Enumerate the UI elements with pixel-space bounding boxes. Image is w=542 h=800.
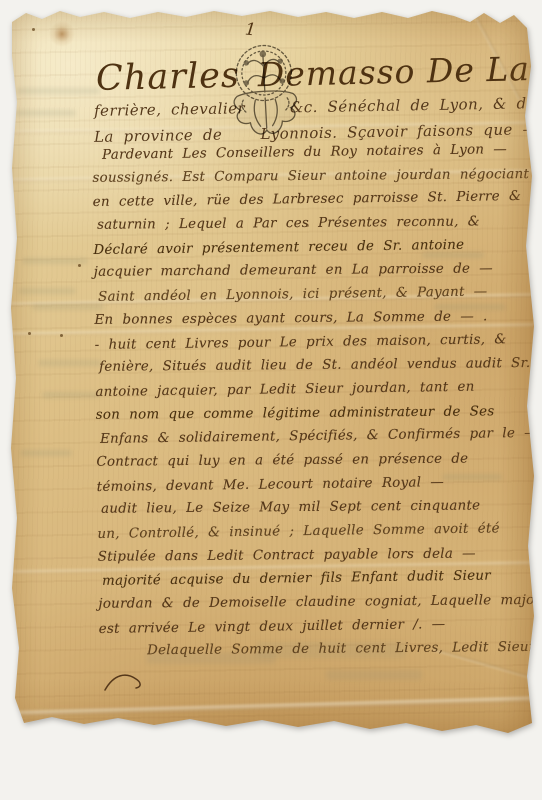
ink-showthrough-mark [32,304,104,310]
scanned-document-photo: 1 Charles Demasso De La ferrière, cheval… [0,0,542,800]
paper-shadow-wrap: 1 Charles Demasso De La ferrière, cheval… [0,0,542,800]
manuscript-line: son nom que comme légitime administrateu… [96,403,540,431]
manuscript-line: Delaquelle Somme de huit cent Livres, Le… [147,640,542,667]
official-ink-stamp-icon [209,39,320,150]
paper-speck [60,334,63,337]
ink-showthrough-mark [14,110,76,116]
ink-showthrough-mark [20,450,72,456]
paper-speck [78,264,81,267]
manuscript-line: fenière, Situés audit lieu de St. andéol… [99,356,539,384]
paper-fold [6,697,536,718]
manuscript-paper: 1 Charles Demasso De La ferrière, cheval… [6,6,536,737]
header-line-right: &c. Sénéchal de Lyon, & de [290,94,536,116]
ink-showthrough-mark [326,670,422,680]
pen-flourish-icon [102,670,148,694]
manuscript-line: audit lieu, Le Seize May mil Sept cent c… [101,498,541,526]
manuscript-line: saturnin ; Lequel a Par ces Présentes re… [97,214,537,242]
paper-speck [32,28,35,31]
header-line-left: La province de [94,126,223,146]
page-number: 1 [244,19,257,40]
manuscript-line: Contract qui luy en a été passé en prése… [96,451,540,479]
manuscript-line: jacquier marchand demeurant en La parroi… [94,261,538,289]
manuscript-line: jourdan & de Demoiselle claudine cogniat… [98,593,542,621]
ink-showthrough-mark [16,88,100,94]
manuscript-line: Stipulée dans Ledit Contract payable lor… [98,546,542,574]
manuscript-body: Pardevant Les Conseillers du Roy notaire… [92,142,542,669]
ink-showthrough-mark [38,360,102,366]
manuscript-line: En bonnes espèces ayant cours, La Somme … [94,309,538,337]
ink-showthrough-mark [18,288,76,294]
manuscript-line: soussignés. Est Comparu Sieur antoine jo… [92,167,536,195]
paper-speck [28,332,31,335]
ink-showthrough-mark [42,392,100,398]
